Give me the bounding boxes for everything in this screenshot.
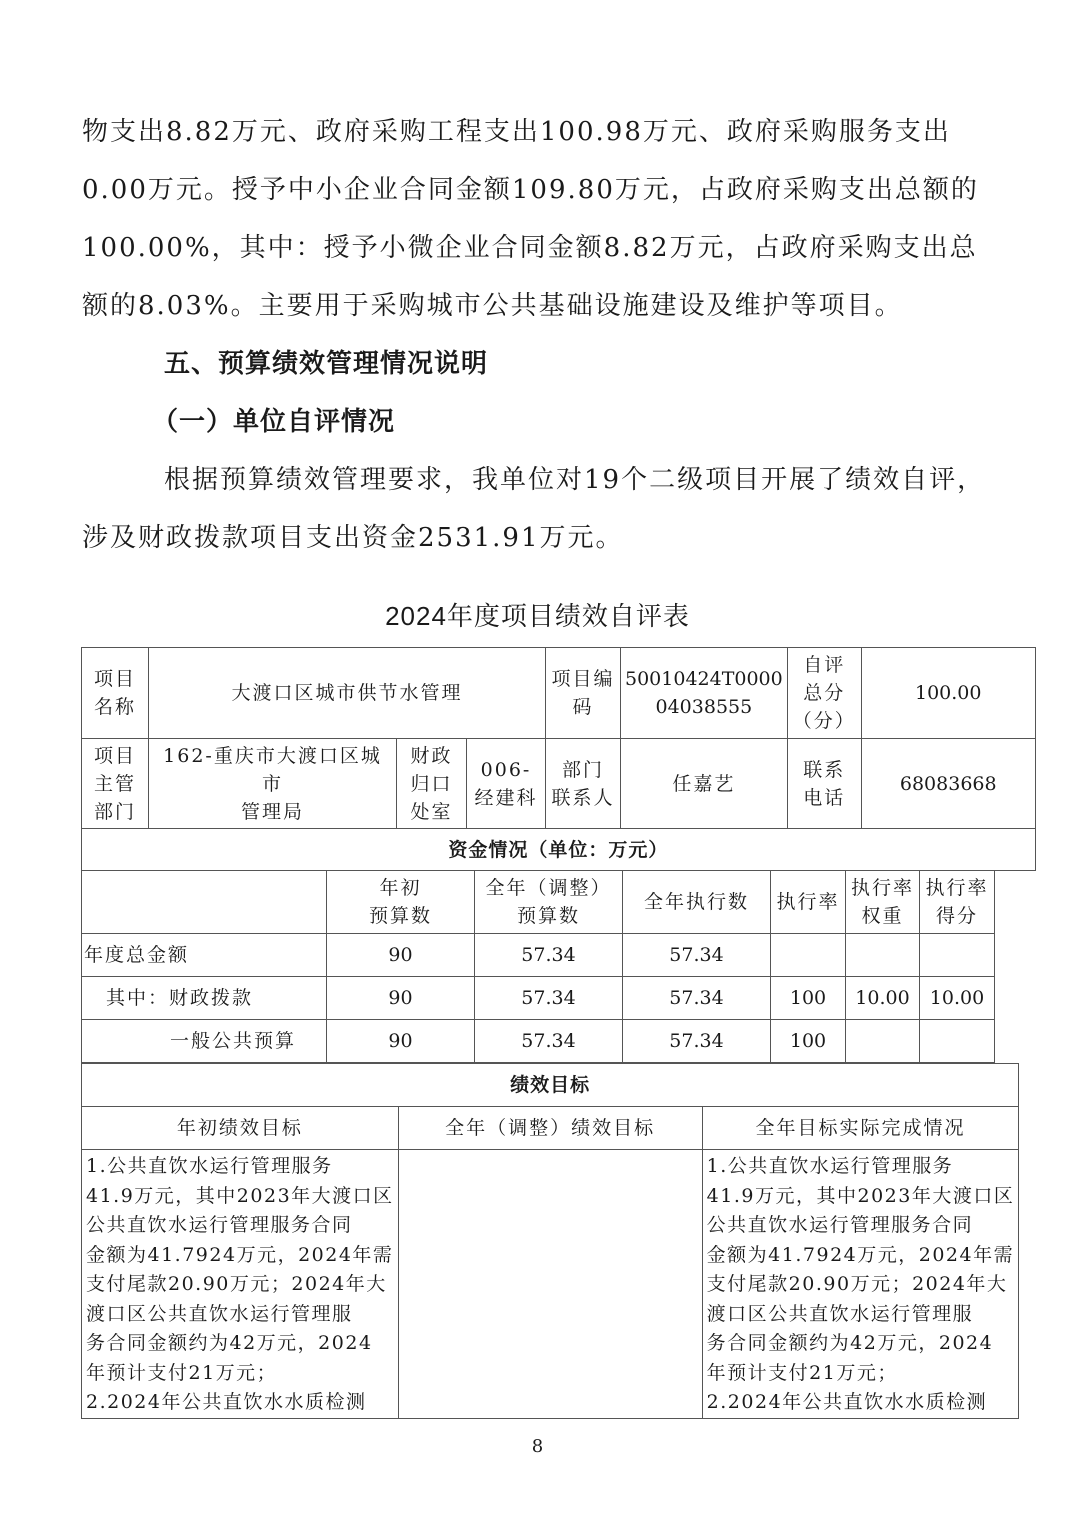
funds-header-row: 年初预算数 全年（调整）预算数 全年执行数 执行率 执行率权重 执行率得分 [82,871,995,934]
funds-header-executed: 全年执行数 [623,871,771,934]
goals-header-initial: 年初绩效目标 [82,1107,399,1150]
contact-person: 任嘉艺 [621,739,788,829]
goal-initial-text: 1.公共直饮水运行管理服务 41.9万元，其中2023年大渡口区 公共直饮水运行… [82,1150,399,1419]
project-name-label: 项目名称 [82,648,149,739]
goal-actual-text: 1.公共直饮水运行管理服务 41.9万元，其中2023年大渡口区 公共直饮水运行… [702,1150,1019,1419]
project-code-value: 50010424T0000 04038555 [621,648,788,739]
subsection-heading: （一）单位自评情况 [82,393,994,451]
goals-header-row: 年初绩效目标 全年（调整）绩效目标 全年目标实际完成情况 [82,1107,1019,1150]
row-project-name: 项目名称 大渡口区城市供节水管理 项目编码 50010424T0000 0403… [82,648,1036,739]
row-funds-title: 资金情况（单位：万元） [82,829,1036,871]
finance-office-label: 财政归口处室 [397,739,467,829]
performance-table: 项目名称 大渡口区城市供节水管理 项目编码 50010424T0000 0403… [81,647,1036,871]
table-row: 年度总金额 90 57.34 57.34 [82,934,995,977]
table-title: 2024年度项目绩效自评表 [0,596,1075,633]
dept-value: 162-重庆市大渡口区城市 管理局 [149,739,397,829]
goals-content-row: 1.公共直饮水运行管理服务 41.9万元，其中2023年大渡口区 公共直饮水运行… [82,1150,1019,1419]
finance-office-value: 006-经建科 [467,739,546,829]
row-department: 项目主管部门 162-重庆市大渡口区城市 管理局 财政归口处室 006-经建科 … [82,739,1036,829]
text-line: 根据预算绩效管理要求，我单位对19个二级项目开展了绩效自评， [82,451,994,509]
goals-table: 绩效目标 年初绩效目标 全年（调整）绩效目标 全年目标实际完成情况 1.公共直饮… [81,1063,1019,1419]
table-row: 其中：财政拨款 90 57.34 57.34 100 10.00 10.00 [82,977,995,1020]
score-value: 100.00 [861,648,1035,739]
funds-header-initial: 年初预算数 [327,871,475,934]
text-line: 0.00万元。授予中小企业合同金额109.80万元，占政府采购支出总额的 [82,161,994,219]
funds-header-weight: 执行率权重 [846,871,920,934]
phone-value: 68083668 [861,739,1035,829]
funds-header-score: 执行率得分 [920,871,995,934]
goal-adjusted-text [398,1150,702,1419]
funds-section-title: 资金情况（单位：万元） [82,829,1036,871]
project-code-label: 项目编码 [546,648,621,739]
funds-table: 年初预算数 全年（调整）预算数 全年执行数 执行率 执行率权重 执行率得分 年度… [81,870,995,1063]
text-line: 物支出8.82万元、政府采购工程支出100.98万元、政府采购服务支出 [82,103,994,161]
contact-label: 部门 联系人 [546,739,621,829]
section-heading: 五、预算绩效管理情况说明 [82,335,994,393]
text-line: 涉及财政拨款项目支出资金2531.91万元。 [82,509,994,567]
paragraph-procurement: 物支出8.82万元、政府采购工程支出100.98万元、政府采购服务支出 0.00… [82,103,994,335]
row-goals-title: 绩效目标 [82,1064,1019,1107]
funds-header-empty [82,871,327,934]
phone-label: 联系 电话 [787,739,861,829]
goals-header-adjusted: 全年（调整）绩效目标 [398,1107,702,1150]
text-line: 额的8.03%。主要用于采购城市公共基础设施建设及维护等项目。 [82,277,994,335]
text-line: 100.00%，其中：授予小微企业合同金额8.82万元，占政府采购支出总 [82,219,994,277]
table-row: 一般公共预算 90 57.34 57.34 100 [82,1020,995,1063]
funds-header-adjusted: 全年（调整）预算数 [475,871,623,934]
page-number: 8 [0,1436,1075,1457]
section-headings: 五、预算绩效管理情况说明 （一）单位自评情况 根据预算绩效管理要求，我单位对19… [82,335,994,567]
score-label: 自评 总分 （分） [787,648,861,739]
dept-label: 项目主管部门 [82,739,149,829]
project-name-value: 大渡口区城市供节水管理 [149,648,546,739]
goals-header-actual: 全年目标实际完成情况 [702,1107,1019,1150]
goals-section-title: 绩效目标 [82,1064,1019,1107]
funds-header-rate: 执行率 [771,871,846,934]
